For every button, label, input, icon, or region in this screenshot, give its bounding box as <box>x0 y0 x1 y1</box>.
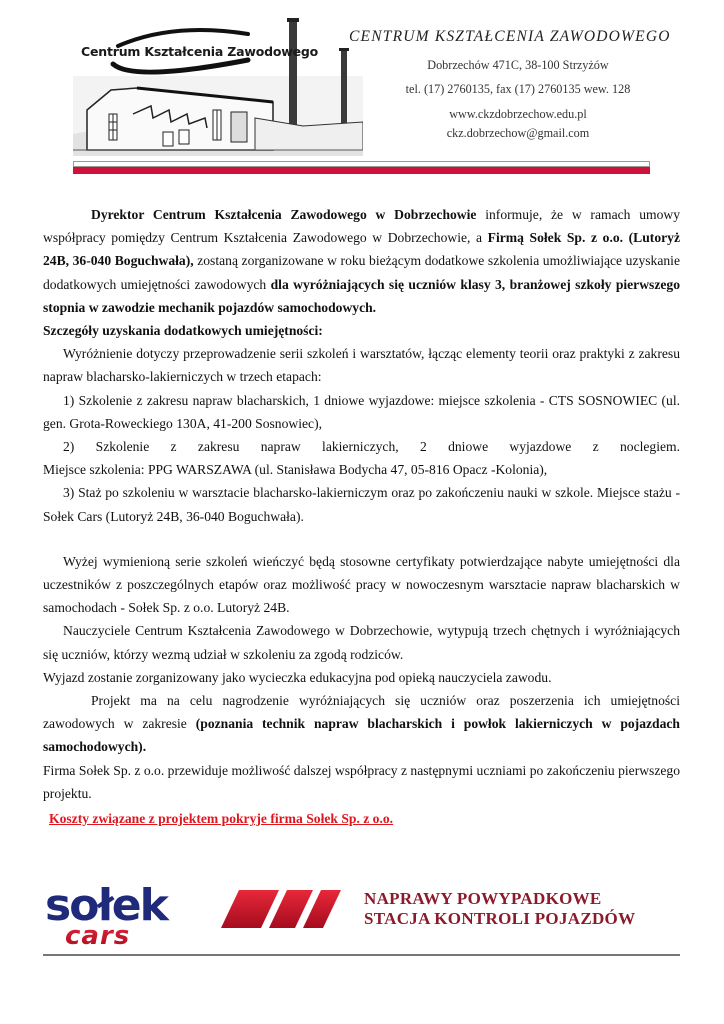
letterhead-contact: CENTRUM KSZTAŁCENIA ZAWODOWEGO Dobrzechó… <box>335 14 653 160</box>
stage-1: 1) Szkolenie z zakresu napraw blacharski… <box>43 389 680 435</box>
school-name-title: CENTRUM KSZTAŁCENIA ZAWODOWEGO <box>349 28 671 46</box>
solek-cars-logo: sołek cars <box>43 880 343 950</box>
stage-3: 3) Staż po szkoleniu w warsztacie blacha… <box>43 481 680 527</box>
future-cooperation-paragraph: Firma Sołek Sp. z o.o. przewiduje możliw… <box>43 759 680 805</box>
footer-divider <box>43 954 680 956</box>
letterhead: Centrum Kształcenia Zawodowego CENTRUM K… <box>73 14 650 175</box>
website-link[interactable]: www.ckzdobrzechow.edu.pl <box>359 107 677 122</box>
intro-director: Dyrektor Centrum Kształcenia Zawodowego … <box>91 207 476 222</box>
header-stripe-red <box>73 167 650 174</box>
footer-tagline: NAPRAWY POWYPADKOWE STACJA KONTROLI POJA… <box>364 889 635 929</box>
trip-paragraph: Wyjazd zostanie zorganizowany jako wycie… <box>43 666 680 689</box>
stage-2: 2) Szkolenie z zakresu napraw lakiernicz… <box>43 435 680 458</box>
school-building-illustration <box>73 14 363 160</box>
address: Dobrzechów 471C, 38-100 Strzyżów <box>359 58 677 73</box>
intro-paragraph: Dyrektor Centrum Kształcenia Zawodowego … <box>43 203 680 319</box>
project-goal-paragraph: Projekt ma na celu nagrodzenie wyróżniaj… <box>43 689 680 759</box>
details-heading: Szczegóły uzyskania dodatkowych umiejętn… <box>43 319 680 342</box>
svg-text:cars: cars <box>65 921 130 950</box>
tagline-inspection: STACJA KONTROLI POJAZDÓW <box>364 909 635 929</box>
tagline-repairs: NAPRAWY POWYPADKOWE <box>364 889 635 909</box>
description-paragraph: Wyróżnienie dotyczy przeprowadzenie seri… <box>43 342 680 388</box>
certificates-paragraph: Wyżej wymienioną serie szkoleń wieńczyć … <box>43 550 680 620</box>
cost-note: Koszty związane z projektem pokryje firm… <box>43 807 680 830</box>
email-link[interactable]: ckz.dobrzechow@gmail.com <box>359 126 677 141</box>
school-logo-text: Centrum Kształcenia Zawodowego <box>81 44 318 59</box>
phone-fax: tel. (17) 2760135, fax (17) 2760135 wew.… <box>359 82 677 97</box>
letter-body: Dyrektor Centrum Kształcenia Zawodowego … <box>43 203 680 830</box>
stage-2-location: Miejsce szkolenia: PPG WARSZAWA (ul. Sta… <box>43 458 680 481</box>
teachers-paragraph: Nauczyciele Centrum Kształcenia Zawodowe… <box>43 619 680 665</box>
